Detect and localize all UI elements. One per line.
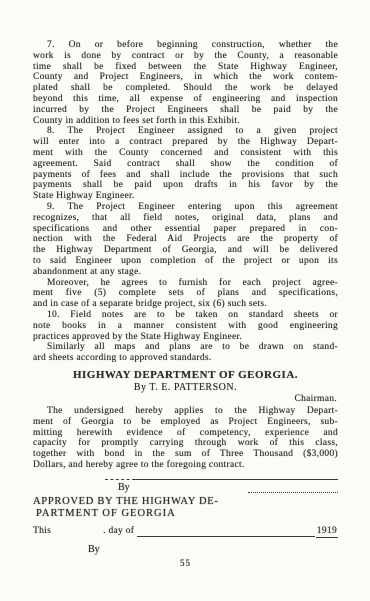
paragraph: Moreover, he agrees to furnish for each …: [33, 278, 338, 310]
paragraph: 7. On or before beginning construction, …: [33, 40, 338, 126]
paragraph: 10. Field notes are to be taken on stand…: [33, 310, 338, 342]
solid-rule-segment: [135, 479, 338, 480]
text-line: agreement. Said contract shall show the …: [33, 159, 338, 170]
text-line: the Highway Department of Georgia, and w…: [33, 245, 338, 256]
date-row: This . day of 1919: [33, 525, 338, 538]
date-blank-rule: [137, 535, 315, 537]
by-label: By: [118, 482, 130, 493]
text-line: 7. On or before beginning construction, …: [33, 40, 338, 51]
text-line: time shall be fixed between the State Hi…: [33, 62, 338, 73]
page-number: 55: [33, 558, 338, 568]
dotted-rule-segment: [248, 483, 338, 493]
text-line: ard sheets according to approved standar…: [33, 353, 338, 364]
text-line: together with bond in the sum of Three T…: [33, 449, 338, 460]
body-text: 7. On or before beginning construction, …: [33, 40, 338, 364]
text-line: plated shall be completed. Should the wo…: [33, 83, 338, 94]
text-line: 8. The Project Engineer assigned to a gi…: [33, 126, 338, 137]
text-line: capacity for promptly carrying through w…: [33, 438, 338, 449]
text-line: 10. Field notes are to be taken on stand…: [33, 310, 338, 321]
text-line: beyond this time, all expense of enginee…: [33, 94, 338, 105]
approved-line-1: APPROVED BY THE HIGHWAY DE-: [33, 496, 338, 509]
text-line: State Highway Engineer.: [33, 191, 338, 202]
this-label: This: [33, 525, 51, 537]
text-line: will enter into a contract prepared by t…: [33, 137, 338, 148]
text-line: Similarly all maps and plans are to be d…: [33, 342, 338, 353]
text-line: nection with the Federal Aid Projects ar…: [33, 234, 338, 245]
text-line: specifications and other essential paper…: [33, 224, 338, 235]
text-line: work is done by contract or by the Count…: [33, 51, 338, 62]
department-heading: HIGHWAY DEPARTMENT OF GEORGIA.: [33, 369, 338, 382]
text-line: ment of Georgia to be employed as Projec…: [33, 417, 338, 428]
paragraph: 9. The Project Engineer entering upon th…: [33, 202, 338, 278]
text-line: County and Project Engineers, in which t…: [33, 72, 338, 83]
page-content: 7. On or before beginning construction, …: [33, 40, 338, 568]
paragraph: 8. The Project Engineer assigned to a gi…: [33, 126, 338, 202]
by-label-2: By: [33, 544, 338, 555]
application-text: The undersigned hereby applies to the Hi…: [33, 406, 338, 471]
paragraph: The undersigned hereby applies to the Hi…: [33, 406, 338, 471]
dash-rule-segment: [105, 479, 135, 480]
text-line: ment with the County concerned and consi…: [33, 148, 338, 159]
text-line: and in case of a separate bridge project…: [33, 299, 338, 310]
text-line: payments of fees and shall include the p…: [33, 170, 338, 181]
text-line: to said Engineer upon completion of the …: [33, 256, 338, 267]
signed-by-line: By T. E. PATTERSON.: [33, 382, 338, 394]
text-line: Dollars, and hereby agree to the foregoi…: [33, 460, 338, 471]
text-line: County in addition to fees set forth in …: [33, 116, 338, 127]
signature-by-row: By: [33, 482, 338, 493]
text-line: note books in a manner consistent with g…: [33, 321, 338, 332]
text-line: ment five (5) complete sets of plans and…: [33, 288, 338, 299]
paragraph: Similarly all maps and plans are to be d…: [33, 342, 338, 364]
scanned-document-page: 7. On or before beginning construction, …: [0, 0, 370, 601]
year-label: 1919: [316, 525, 338, 538]
text-line: payments shall be paid upon drafts in hi…: [33, 180, 338, 191]
text-line: recognizes, that all field notes, origin…: [33, 213, 338, 224]
text-line: incurred by the Project Engineers shall …: [33, 105, 338, 116]
text-line: Moreover, he agrees to furnish for each …: [33, 278, 338, 289]
text-line: practices approved by the State Highway …: [33, 332, 338, 343]
text-line: The undersigned hereby applies to the Hi…: [33, 406, 338, 417]
approved-line-2: PARTMENT OF GEORGIA: [33, 508, 338, 521]
text-line: abandonment at any stage.: [33, 267, 338, 278]
day-of-label: . day of: [103, 525, 134, 537]
text-line: mitting herewith evidence of competency,…: [33, 428, 338, 439]
text-line: 9. The Project Engineer entering upon th…: [33, 202, 338, 213]
signed-title: Chairman.: [33, 394, 338, 405]
signature-rule-row: [33, 477, 338, 480]
